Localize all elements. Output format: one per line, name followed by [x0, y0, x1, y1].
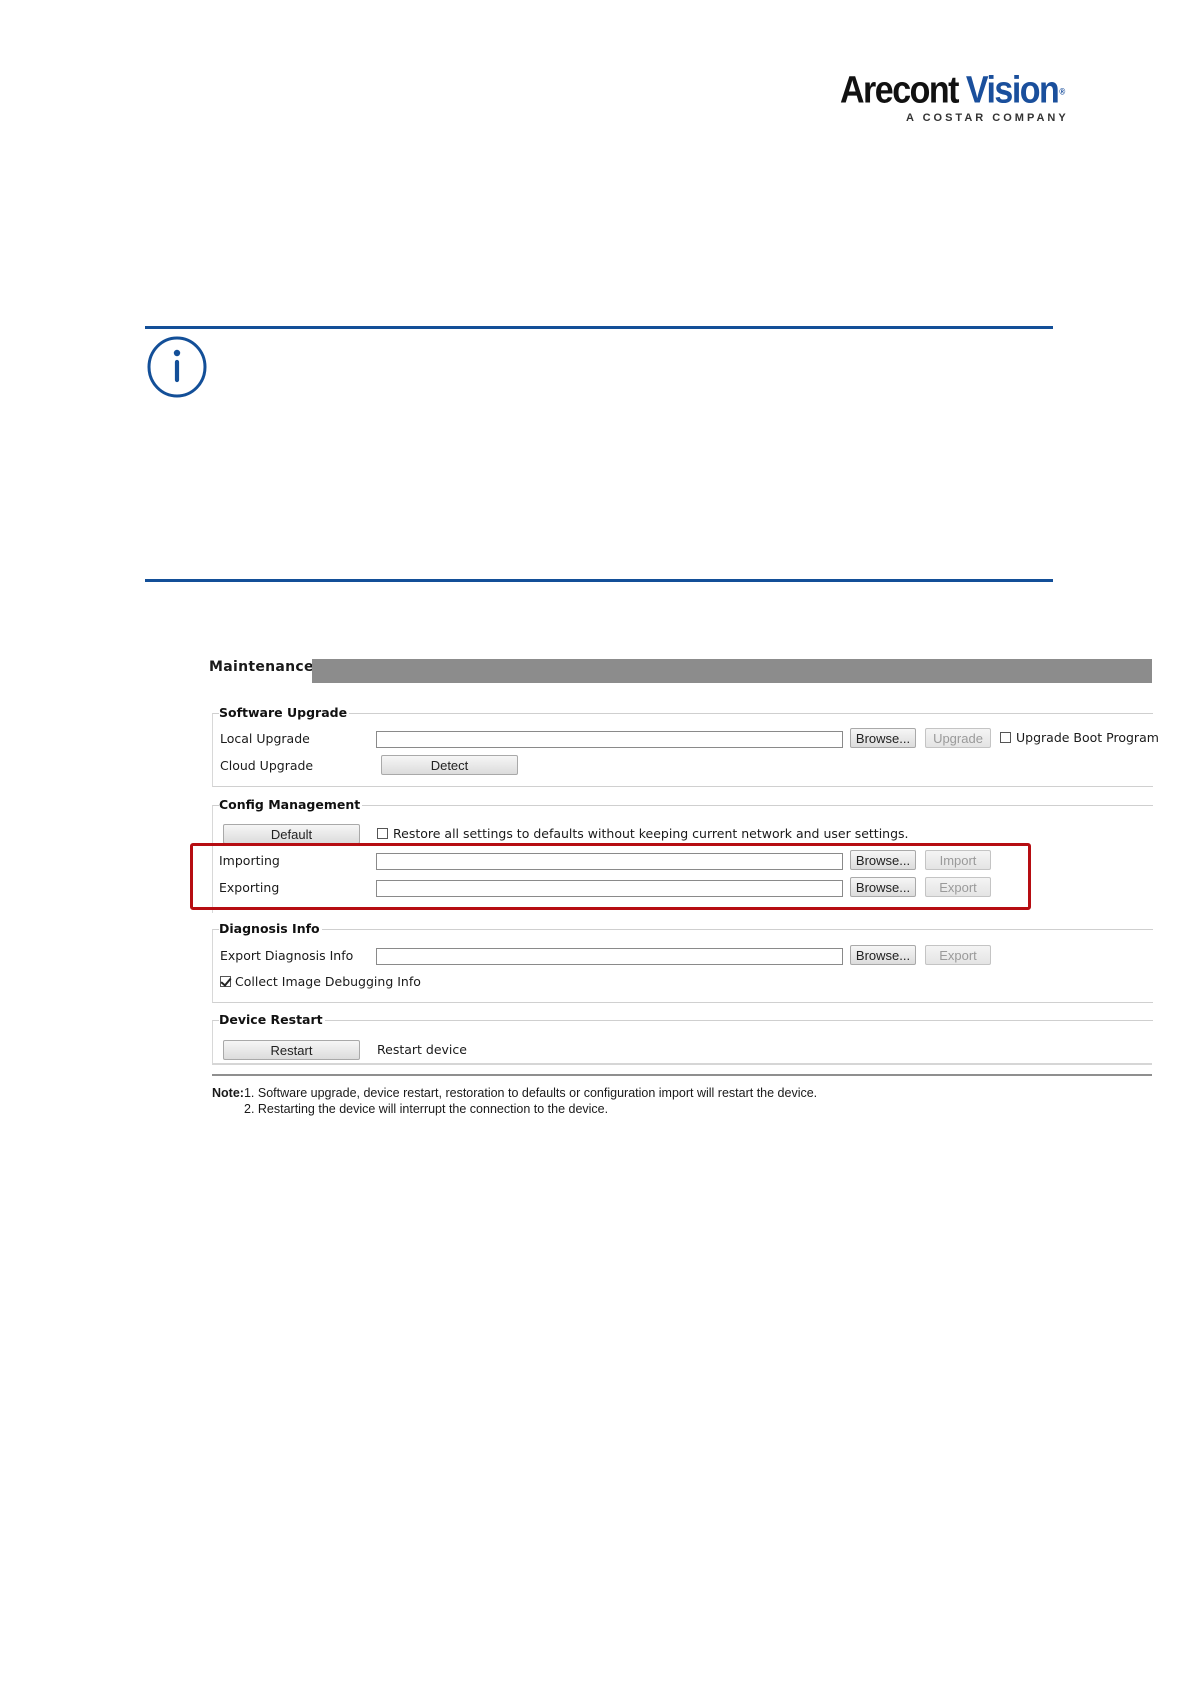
logo-brand-part1: Arecont [840, 69, 958, 112]
restore-all-checkbox[interactable] [377, 828, 388, 839]
restart-button[interactable]: Restart [223, 1040, 360, 1060]
note-line-1: Note:1. Software upgrade, device restart… [212, 1086, 817, 1100]
export-diagnosis-file-input[interactable] [376, 948, 843, 965]
info-icon [146, 335, 208, 399]
local-upgrade-file-input[interactable] [376, 731, 843, 748]
diagnosis-browse-button[interactable]: Browse... [850, 945, 916, 965]
config-management-legend: Config Management [219, 797, 362, 812]
diagnosis-export-button[interactable]: Export [925, 945, 991, 965]
note-text-1: 1. Software upgrade, device restart, res… [244, 1086, 817, 1100]
maintenance-title: Maintenance [209, 659, 314, 675]
restore-all-label: Restore all settings to defaults without… [393, 826, 909, 841]
note-prefix: Note: [212, 1086, 244, 1100]
upgrade-button[interactable]: Upgrade [925, 728, 991, 748]
default-button[interactable]: Default [223, 824, 360, 844]
registered-mark: ® [1059, 87, 1065, 97]
cloud-upgrade-label: Cloud Upgrade [220, 758, 313, 773]
import-export-highlight-box [190, 843, 1031, 910]
note-top-rule [145, 326, 1053, 329]
arecont-vision-logo: Arecont Vision® A COSTAR COMPANY [840, 70, 1060, 130]
detect-button[interactable]: Detect [381, 755, 518, 775]
device-restart-section: Device Restart Restart Restart device [212, 1020, 1153, 1065]
maintenance-header-bar [312, 659, 1152, 683]
note-line-2: 2. Restarting the device will interrupt … [244, 1102, 608, 1116]
collect-image-debugging-label: Collect Image Debugging Info [235, 974, 421, 989]
logo-tagline: A COSTAR COMPANY [906, 112, 1069, 124]
software-upgrade-legend: Software Upgrade [219, 705, 349, 720]
note-bottom-rule [145, 579, 1053, 582]
upgrade-boot-program-label: Upgrade Boot Program [1016, 730, 1159, 745]
diagnosis-info-section: Diagnosis Info Export Diagnosis Info Bro… [212, 929, 1153, 1003]
local-upgrade-label: Local Upgrade [220, 731, 310, 746]
export-diagnosis-info-label: Export Diagnosis Info [220, 948, 353, 963]
software-upgrade-section: Software Upgrade Local Upgrade Browse...… [212, 713, 1153, 787]
collect-image-debugging-checkbox[interactable] [220, 976, 231, 987]
section-divider-light [212, 1063, 1152, 1065]
upgrade-boot-program-checkbox[interactable] [1000, 732, 1011, 743]
device-restart-legend: Device Restart [219, 1012, 325, 1027]
section-divider-dark [212, 1074, 1152, 1076]
logo-brand-part2: Vision [966, 69, 1058, 112]
diagnosis-info-legend: Diagnosis Info [219, 921, 322, 936]
local-upgrade-browse-button[interactable]: Browse... [850, 728, 916, 748]
restart-device-description: Restart device [377, 1042, 467, 1057]
